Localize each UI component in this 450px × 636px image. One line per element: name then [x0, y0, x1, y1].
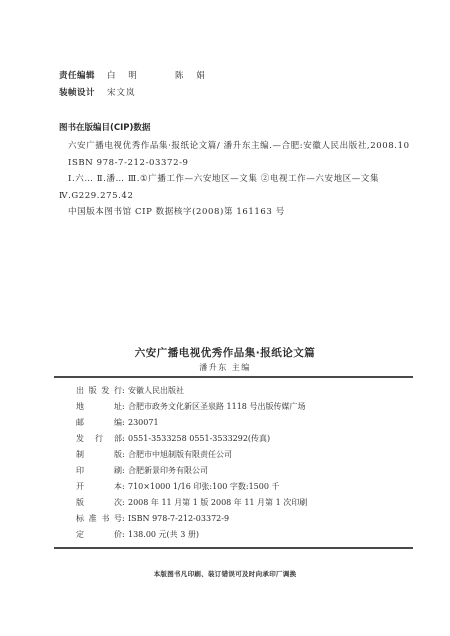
book-editor: 潘升东 主编	[0, 362, 450, 373]
info-row: 版次:2008 年 11 月第 1 版 2008 年 11 月第 1 次印刷	[76, 495, 307, 511]
cip-line-classification: Ⅰ.六… Ⅱ.潘… Ⅲ.①广播工作—六安地区—文集 ②电视工作—六安地区—文集 …	[59, 171, 419, 204]
cip-heading: 图书在版编目(CIP)数据	[59, 121, 150, 133]
top-divider	[54, 376, 413, 378]
info-label: 邮编	[76, 415, 122, 431]
cip-line-record-number: 中国版本图书馆 CIP 数据核字(2008)第 161163 号	[59, 204, 419, 221]
info-row: 定价:138.00 元(共 3 册)	[76, 527, 307, 543]
credit-value: 宋文岚	[107, 85, 136, 102]
credit-value: 陈 娟	[175, 68, 210, 85]
info-row: 印刷:合肥新景印务有限公司	[76, 463, 307, 479]
bottom-divider	[54, 547, 413, 549]
credit-label: 装帧设计	[59, 85, 107, 102]
cip-line-isbn: ISBN 978-7-212-03372-9	[59, 155, 419, 172]
book-title: 六安广播电视优秀作品集·报纸论文篇	[0, 345, 450, 360]
info-label: 定价	[76, 527, 122, 543]
credit-row-design: 装帧设计 宋文岚	[59, 85, 210, 102]
info-value: ISBN 978-7-212-03372-9	[128, 511, 229, 527]
info-row: 标准书号:ISBN 978-7-212-03372-9	[76, 511, 307, 527]
info-value: 合肥市政务文化新区圣泉路 1118 号出版传媒广场	[128, 399, 305, 415]
info-label: 版次	[76, 495, 122, 511]
info-label: 制版	[76, 447, 122, 463]
info-value: 230071	[128, 415, 159, 431]
cip-line-title: 六安广播电视优秀作品集·报纸论文篇/ 潘升东主编.—合肥:安徽人民出版社,200…	[59, 138, 419, 155]
info-label: 标准书号	[76, 511, 122, 527]
info-value: 2008 年 11 月第 1 版 2008 年 11 月第 1 次印刷	[128, 495, 307, 511]
cip-data-block: 六安广播电视优秀作品集·报纸论文篇/ 潘升东主编.—合肥:安徽人民出版社,200…	[59, 138, 419, 221]
info-label: 印刷	[76, 463, 122, 479]
info-label: 出版发行	[76, 383, 122, 399]
replacement-notice: 本版图书凡印刷、装订错误可及时向承印厂调换	[0, 569, 450, 578]
info-value: 合肥新景印务有限公司	[128, 463, 208, 479]
info-value: 710×1000 1/16 印张:100 字数:1500 千	[128, 479, 280, 495]
info-row: 邮编:230071	[76, 415, 307, 431]
info-label: 发行部	[76, 431, 122, 447]
credit-row-editors: 责任编辑 白 明 陈 娟	[59, 68, 210, 85]
info-row: 发行部:0551-3533258 0551-3533292(传真)	[76, 431, 307, 447]
info-row: 地址:合肥市政务文化新区圣泉路 1118 号出版传媒广场	[76, 399, 307, 415]
info-value: 0551-3533258 0551-3533292(传真)	[128, 431, 270, 447]
credits-block: 责任编辑 白 明 陈 娟 装帧设计 宋文岚	[59, 68, 210, 102]
publication-info: 出版发行:安徽人民出版社 地址:合肥市政务文化新区圣泉路 1118 号出版传媒广…	[76, 383, 307, 543]
info-value: 138.00 元(共 3 册)	[128, 527, 199, 543]
credit-label: 责任编辑	[59, 68, 107, 85]
info-label: 地址	[76, 399, 122, 415]
credit-value: 白 明	[107, 68, 155, 85]
info-label: 开本	[76, 479, 122, 495]
info-row: 开本:710×1000 1/16 印张:100 字数:1500 千	[76, 479, 307, 495]
info-value: 安徽人民出版社	[128, 383, 184, 399]
info-row: 出版发行:安徽人民出版社	[76, 383, 307, 399]
info-row: 制版:合肥市中旭制版有限责任公司	[76, 447, 307, 463]
info-value: 合肥市中旭制版有限责任公司	[128, 447, 232, 463]
